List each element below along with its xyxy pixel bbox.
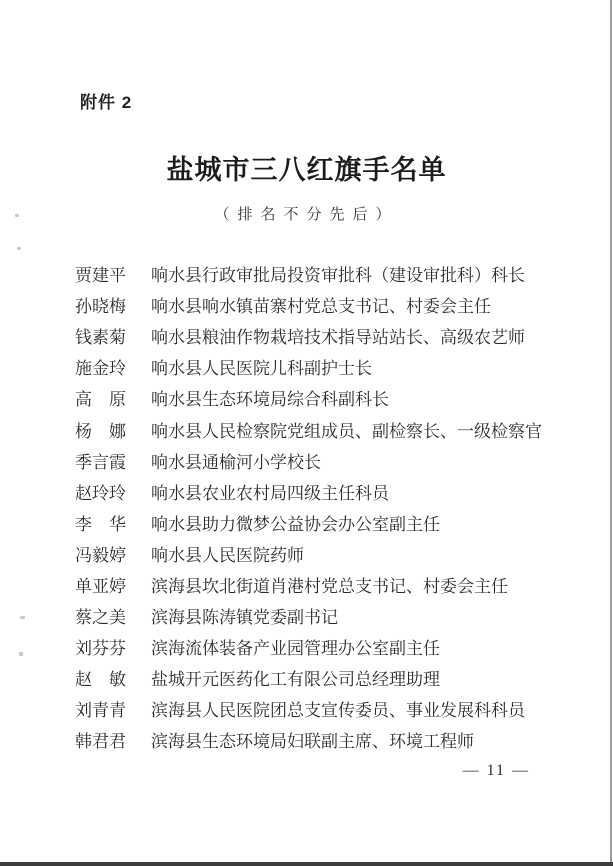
awardee-description: 盐城开元医药化工有限公司总经理助理	[151, 665, 593, 690]
awardee-name: 刘青青	[75, 696, 151, 721]
scan-noise-speck	[19, 652, 23, 656]
awardee-name: 韩君君	[75, 727, 151, 752]
awardee-description: 滨海县坎北街道肖港村党总支书记、村委会主任	[151, 572, 593, 597]
awardee-name: 孙晓梅	[75, 292, 151, 317]
awardee-description: 响水县人民医院儿科副护士长	[151, 354, 593, 379]
awardee-name: 单亚婷	[75, 572, 151, 597]
scan-edge-right-line	[610, 0, 612, 866]
scan-noise-speck	[20, 616, 25, 619]
page-number: — 11 —	[0, 762, 530, 780]
awardee-description: 滨海流体装备产业园管理办公室副主任	[151, 634, 593, 659]
awardee-name: 杨 娜	[75, 417, 151, 442]
list-item: 赵 敏盐城开元医药化工有限公司总经理助理	[75, 662, 593, 693]
awardee-list: 贾建平响水县行政审批局投资审批科（建设审批科）科长孙晓梅响水县响水镇苗寨村党总支…	[75, 258, 593, 756]
awardee-description: 滨海县生态环境局妇联副主席、环境工程师	[151, 727, 593, 752]
list-item: 单亚婷滨海县坎北街道肖港村党总支书记、村委会主任	[75, 569, 593, 600]
awardee-name: 贾建平	[75, 261, 151, 286]
list-item: 赵玲玲响水县农业农村局四级主任科员	[75, 476, 593, 507]
list-item: 刘芬芬滨海流体装备产业园管理办公室副主任	[75, 631, 593, 662]
awardee-description: 响水县行政审批局投资审批科（建设审批科）科长	[151, 261, 593, 286]
awardee-name: 刘芬芬	[75, 634, 151, 659]
scan-noise-speck	[15, 214, 19, 217]
list-item: 钱素菊响水县粮油作物栽培技术指导站站长、高级农艺师	[75, 320, 593, 351]
list-item: 施金玲响水县人民医院儿科副护士长	[75, 351, 593, 382]
awardee-description: 响水县人民医院药师	[151, 541, 593, 566]
list-item: 杨 娜响水县人民检察院党组成员、副检察长、一级检察官	[75, 413, 593, 444]
list-item: 冯毅婷响水县人民医院药师	[75, 538, 593, 569]
scanned-document-page: 附件 2 盐城市三八红旗手名单 （排名不分先后） 贾建平响水县行政审批局投资审批…	[0, 0, 613, 866]
awardee-description: 响水县农业农村局四级主任科员	[151, 479, 593, 504]
list-item: 孙晓梅响水县响水镇苗寨村党总支书记、村委会主任	[75, 289, 593, 320]
attachment-label: 附件 2	[80, 88, 132, 113]
document-title: 盐城市三八红旗手名单	[0, 148, 613, 187]
list-item: 蔡之美滨海县陈涛镇党委副书记	[75, 600, 593, 631]
awardee-name: 高 原	[75, 385, 151, 410]
awardee-description: 响水县通榆河小学校长	[151, 448, 593, 473]
list-item: 高 原响水县生态环境局综合科副科长	[75, 382, 593, 413]
awardee-name: 蔡之美	[75, 603, 151, 628]
awardee-name: 钱素菊	[75, 323, 151, 348]
awardee-name: 赵玲玲	[75, 479, 151, 504]
awardee-description: 响水县人民检察院党组成员、副检察长、一级检察官	[151, 417, 593, 442]
awardee-description: 响水县生态环境局综合科副科长	[151, 385, 593, 410]
awardee-name: 李 华	[75, 510, 151, 535]
list-item: 韩君君滨海县生态环境局妇联副主席、环境工程师	[75, 724, 593, 755]
scan-edge-bottom-band	[0, 862, 613, 866]
awardee-description: 响水县响水镇苗寨村党总支书记、村委会主任	[151, 292, 593, 317]
awardee-description: 响水县助力微梦公益协会办公室副主任	[151, 510, 593, 535]
list-item: 贾建平响水县行政审批局投资审批科（建设审批科）科长	[75, 258, 593, 289]
awardee-name: 冯毅婷	[75, 541, 151, 566]
awardee-name: 季言霞	[75, 448, 151, 473]
list-item: 李 华响水县助力微梦公益协会办公室副主任	[75, 507, 593, 538]
document-subtitle: （排名不分先后）	[0, 203, 613, 224]
scan-noise-speck	[17, 247, 21, 250]
awardee-description: 滨海县人民医院团总支宣传委员、事业发展科科员	[151, 696, 593, 721]
awardee-name: 施金玲	[75, 354, 151, 379]
awardee-description: 滨海县陈涛镇党委副书记	[151, 603, 593, 628]
awardee-name: 赵 敏	[75, 665, 151, 690]
list-item: 刘青青滨海县人民医院团总支宣传委员、事业发展科科员	[75, 693, 593, 724]
awardee-description: 响水县粮油作物栽培技术指导站站长、高级农艺师	[151, 323, 593, 348]
list-item: 季言霞响水县通榆河小学校长	[75, 445, 593, 476]
